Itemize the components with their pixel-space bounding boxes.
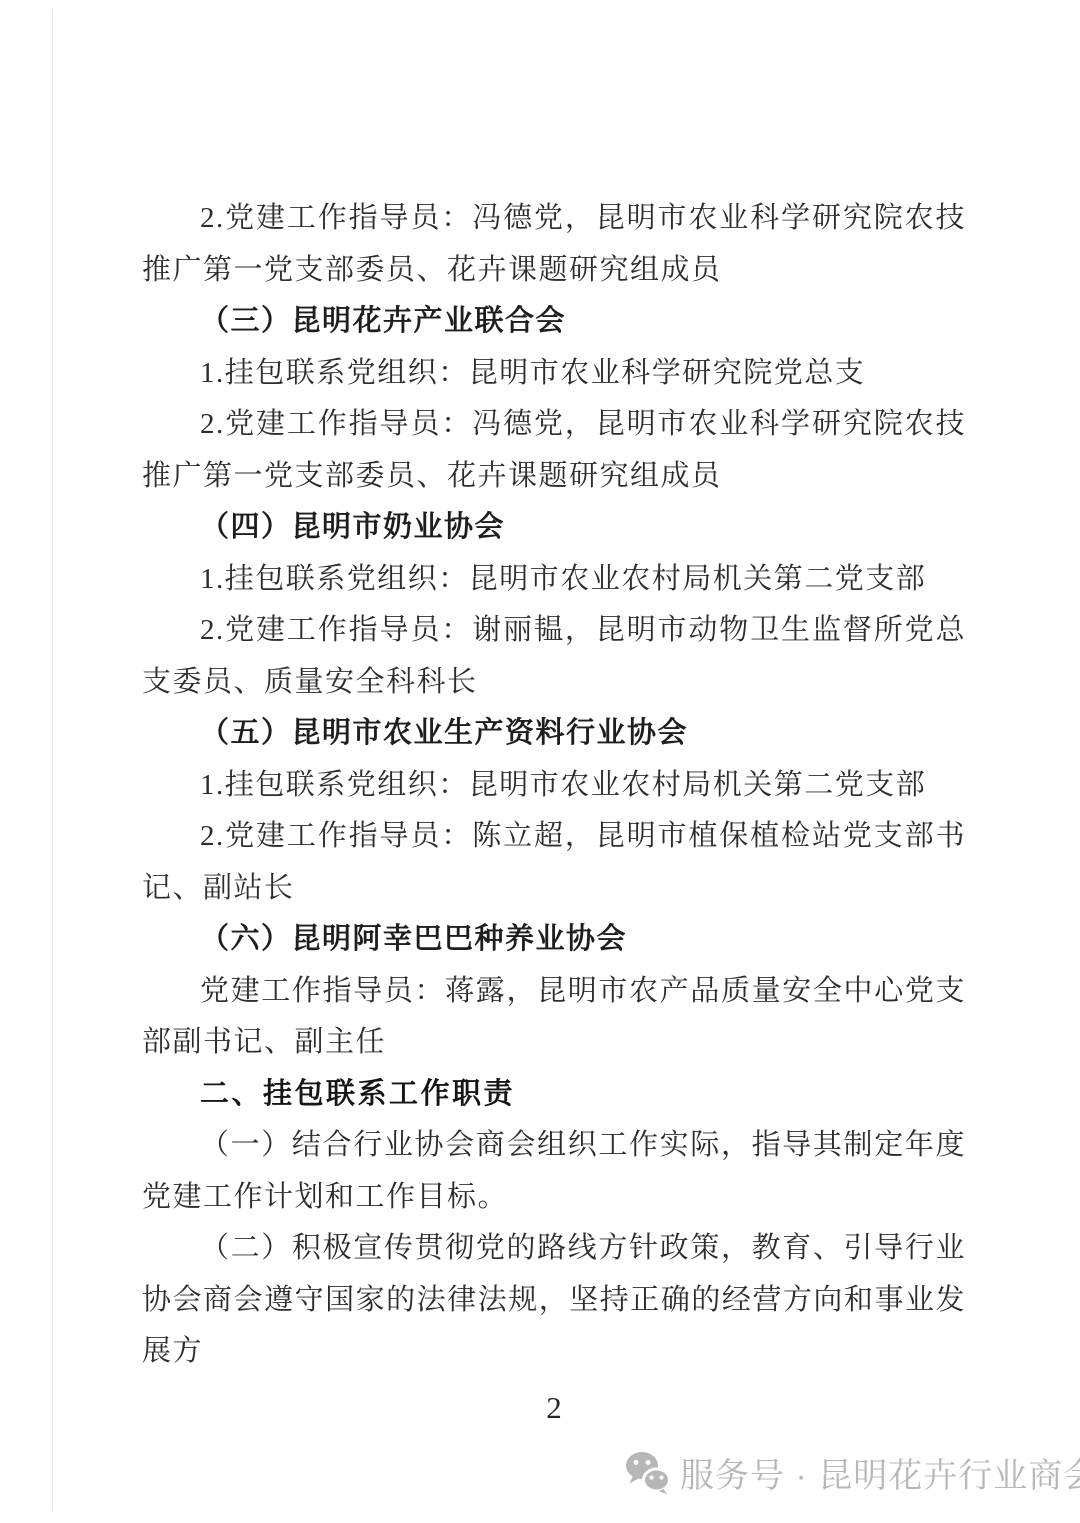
- doc-section-heading: 二、挂包联系工作职责: [142, 1069, 966, 1121]
- doc-paragraph: 2.党建工作指导员：冯德党，昆明市农业科学研究院农技推广第一党支部委员、花卉课题…: [142, 399, 966, 502]
- doc-paragraph: 2.党建工作指导员：谢丽韫，昆明市动物卫生监督所党总支委员、质量安全科科长: [142, 605, 966, 708]
- scan-page-edge-line: [52, 10, 53, 1510]
- doc-paragraph: 2.党建工作指导员：冯德党，昆明市农业科学研究院农技推广第一党支部委员、花卉课题…: [142, 193, 966, 296]
- doc-paragraph: （二）积极宣传贯彻党的路线方针政策，教育、引导行业协会商会遵守国家的法律法规，坚…: [142, 1223, 966, 1378]
- page-number: 2: [142, 1390, 966, 1426]
- doc-paragraph: 2.党建工作指导员：陈立超，昆明市植保植检站党支部书记、副站长: [142, 811, 966, 914]
- footer-watermark: 服务号 · 昆明花卉行业商会: [625, 1448, 1080, 1497]
- doc-paragraph: 党建工作指导员：蒋露，昆明市农产品质量安全中心党支部副书记、副主任: [142, 966, 966, 1069]
- doc-paragraph: 1.挂包联系党组织：昆明市农业农村局机关第二党支部: [142, 760, 966, 812]
- doc-sub-heading: （三）昆明花卉产业联合会: [142, 296, 966, 348]
- document-body: 2.党建工作指导员：冯德党，昆明市农业科学研究院农技推广第一党支部委员、花卉课题…: [142, 193, 966, 1378]
- wechat-service-account-icon: [625, 1451, 671, 1495]
- doc-paragraph: 1.挂包联系党组织：昆明市农业科学研究院党总支: [142, 348, 966, 400]
- footer-watermark-text: 服务号 · 昆明花卉行业商会: [680, 1448, 1080, 1497]
- doc-paragraph: （一）结合行业协会商会组织工作实际，指导其制定年度党建工作计划和工作目标。: [142, 1120, 966, 1223]
- doc-sub-heading: （五）昆明市农业生产资料行业协会: [142, 708, 966, 760]
- doc-paragraph: 1.挂包联系党组织：昆明市农业农村局机关第二党支部: [142, 554, 966, 606]
- doc-sub-heading: （四）昆明市奶业协会: [142, 502, 966, 554]
- doc-sub-heading: （六）昆明阿幸巴巴种养业协会: [142, 914, 966, 966]
